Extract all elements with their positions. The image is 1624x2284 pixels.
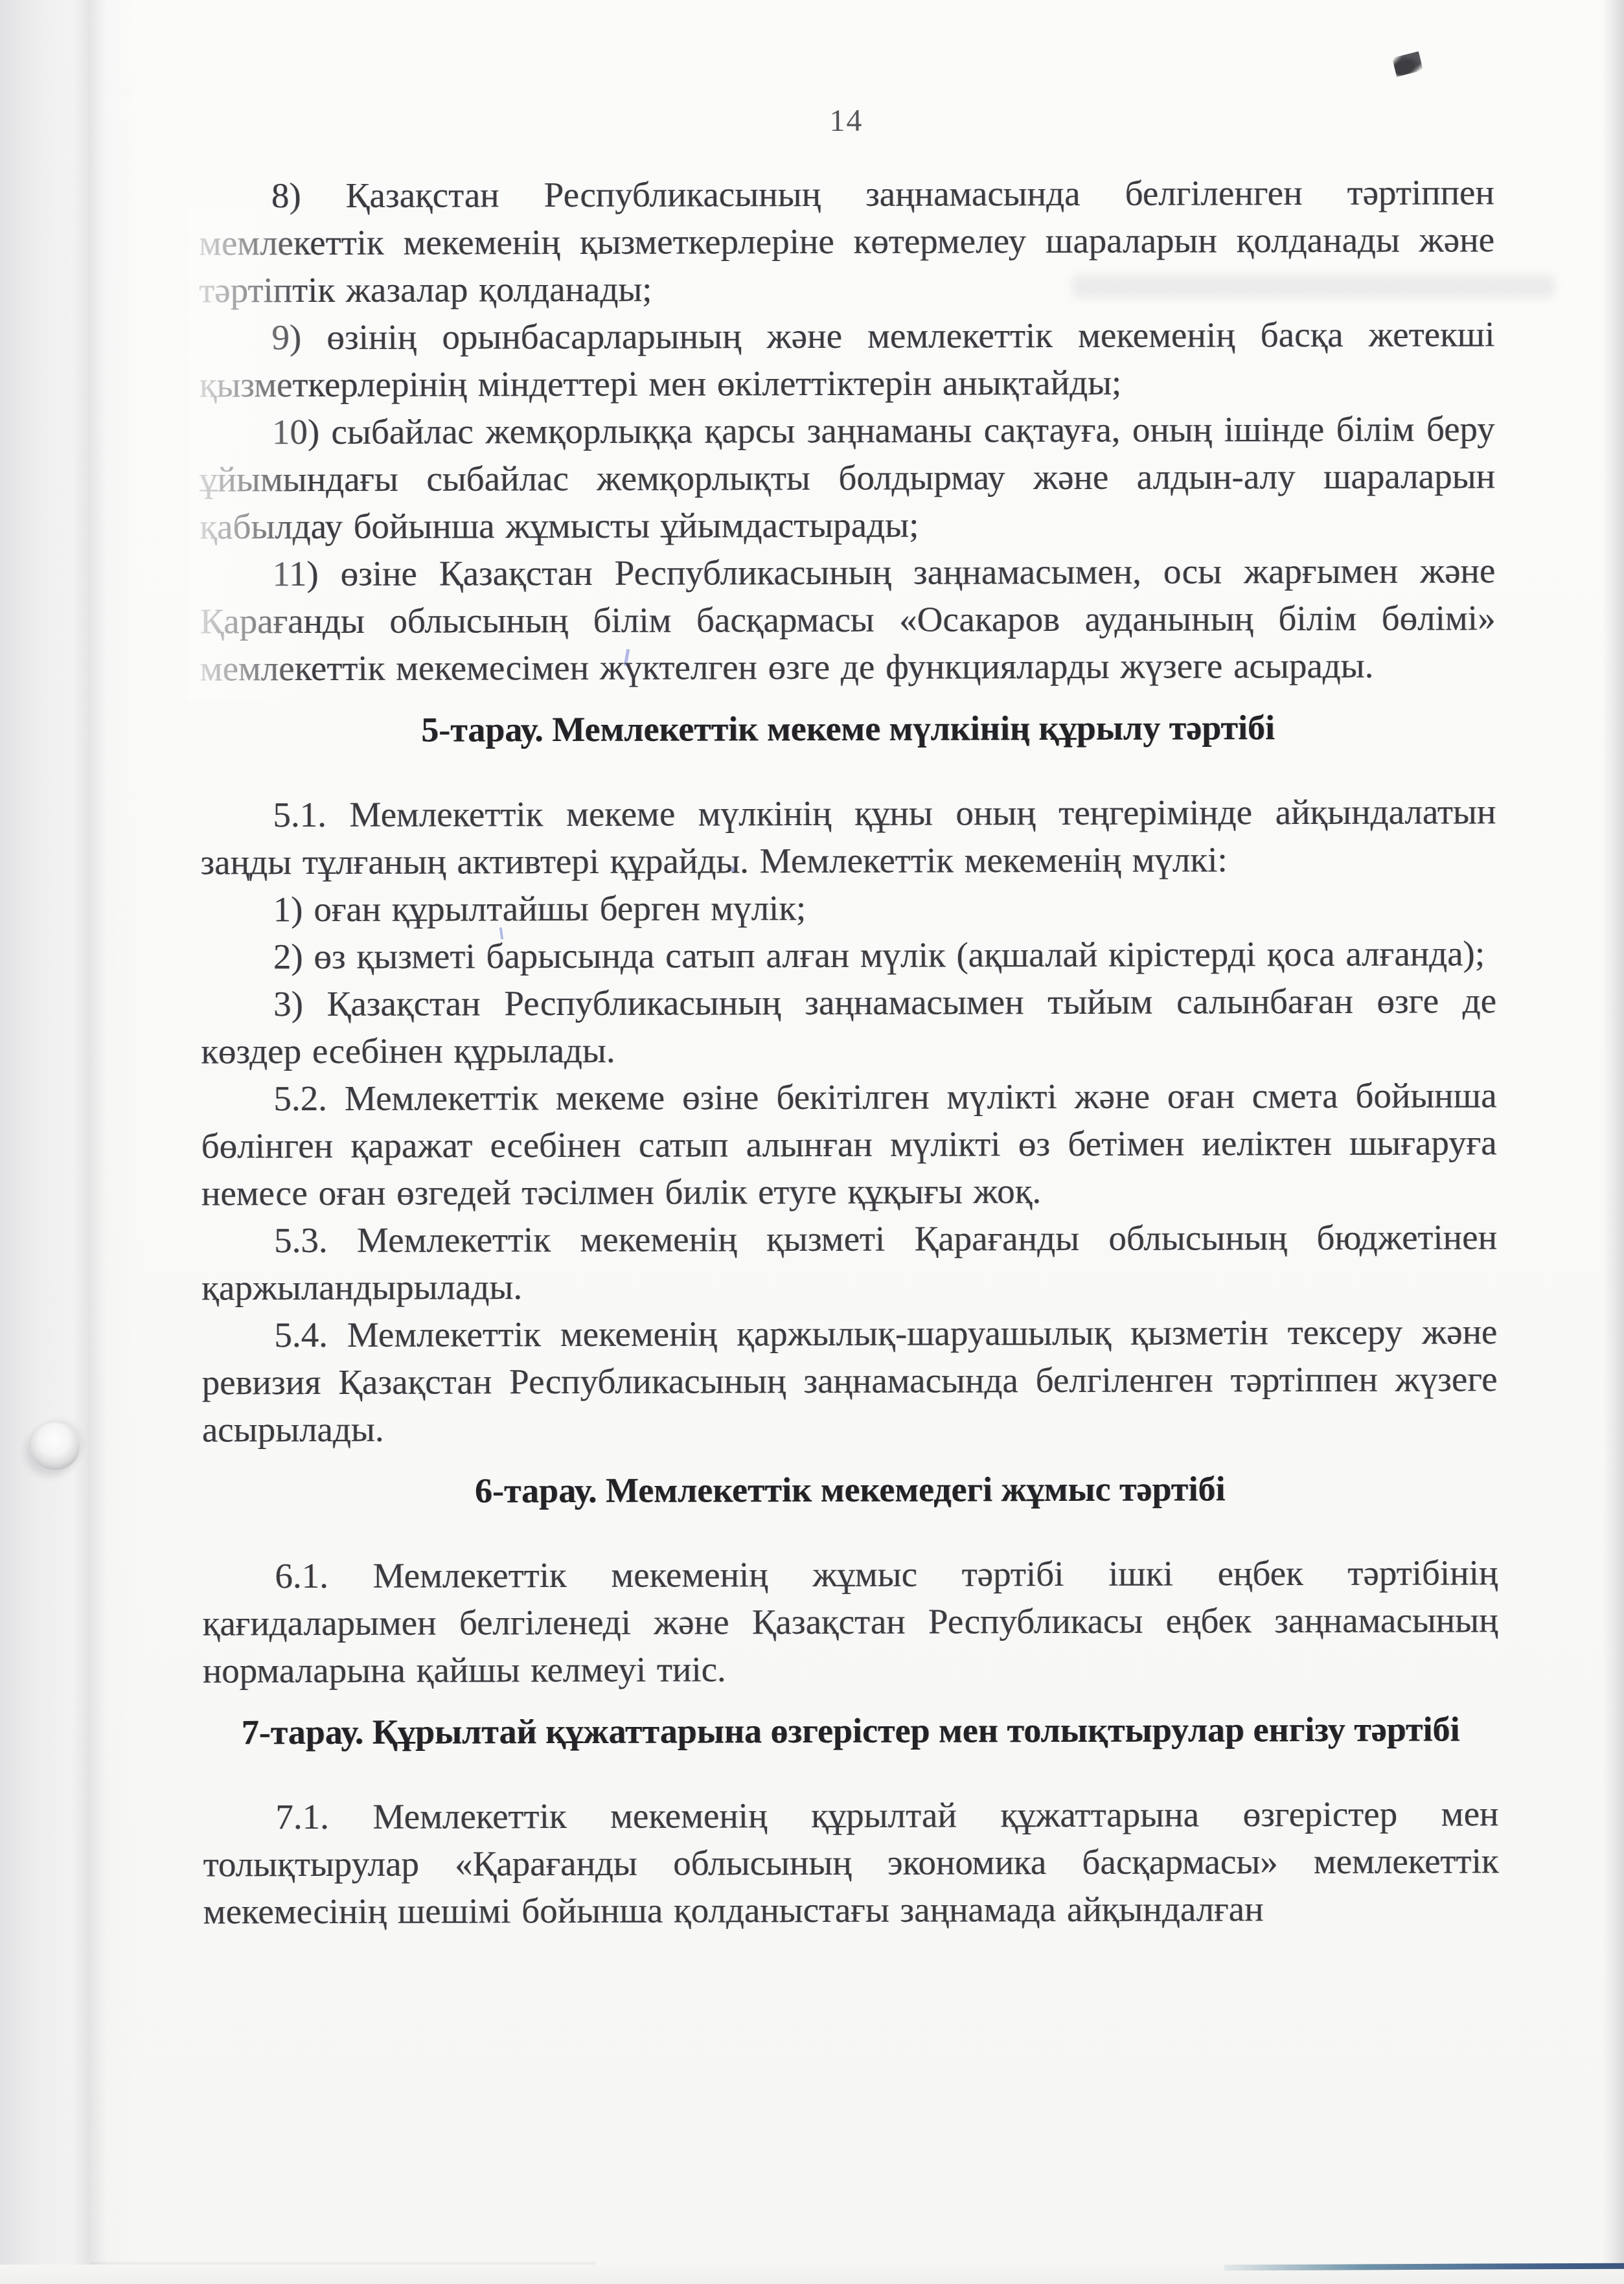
- paragraph-item-10: 10) сыбайлас жемқорлыққа қарсы заңнаманы…: [200, 405, 1496, 550]
- page-number: 14: [198, 95, 1494, 146]
- paragraph-7-1: 7.1. Мемлекеттік мекеменің құрылтай құжа…: [203, 1790, 1499, 1935]
- paragraph-5-4: 5.4. Мемлекеттік мекеменің қаржылық-шару…: [201, 1308, 1498, 1453]
- scanned-document-page: 14 8) Қазақстан Республикасының заңнамас…: [0, 0, 1624, 2284]
- faded-text-haze: [188, 207, 311, 700]
- chapter-6-heading: 6-тарау. Мемлекеттік мекемедегі жұмыс тә…: [209, 1464, 1491, 1516]
- paragraph-subitem-3: 3) Қазақстан Республикасының заңнамасыме…: [201, 977, 1496, 1075]
- paragraph-6-1: 6.1. Мемлекеттік мекеменің жұмыс тәртібі…: [202, 1549, 1498, 1694]
- chapter-7-heading: 7-тарау. Құрылтай құжаттарына өзгерістер…: [209, 1705, 1492, 1757]
- paragraph-subitem-1: 1) оған құрылтайшы берген мүлік;: [201, 882, 1496, 933]
- text-column: 8) Қазақстан Республикасының заңнамасынд…: [199, 168, 1499, 1935]
- paragraph-5-3: 5.3. Мемлекеттік мекеменің қызметі Қарағ…: [201, 1213, 1497, 1311]
- paragraph-item-8: 8) Қазақстан Республикасының заңнамасынд…: [199, 168, 1495, 314]
- paragraph-subitem-2: 2) өз қызметі барысында сатып алған мүлі…: [201, 930, 1496, 980]
- chapter-5-heading: 5-тарау. Мемлекеттік мекеме мүлкінің құр…: [207, 703, 1489, 755]
- paragraph-item-9: 9) өзінің орынбасарларының және мемлекет…: [199, 310, 1494, 408]
- paragraph-5-2: 5.2. Мемлекеттік мекеме өзіне бекітілген…: [201, 1071, 1497, 1216]
- scan-bottom-faint-line: [91, 2262, 596, 2265]
- paragraph-item-11: 11) өзіне Қазақстан Республикасының заңн…: [200, 547, 1496, 692]
- paragraph-5-1: 5.1. Мемлекеттік мекеме мүлкінің құны он…: [200, 788, 1496, 885]
